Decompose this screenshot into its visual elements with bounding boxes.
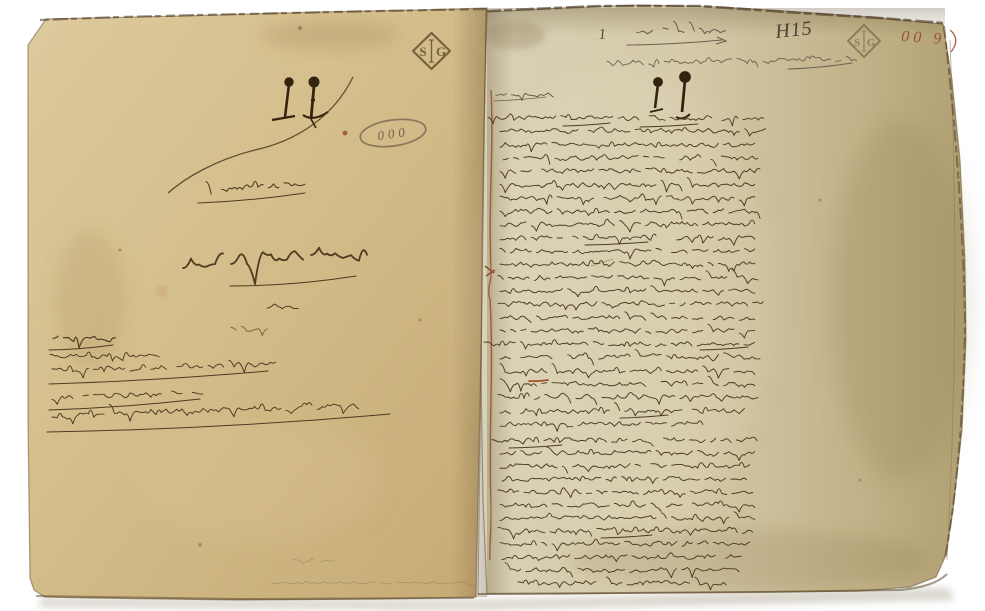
- stamp-right-letter-s: S: [854, 37, 860, 49]
- speck: [198, 543, 202, 547]
- stamp-left-letter-g: G: [436, 44, 446, 59]
- red-inventory-number: 00 9: [901, 28, 946, 48]
- pencil-code: H15: [773, 17, 814, 43]
- light-patch: [470, 70, 770, 530]
- light-patch: [140, 420, 380, 540]
- speck: [119, 249, 122, 252]
- bottom-shading: [570, 530, 930, 590]
- manuscript-canvas: 000 S G S G 1 H15 00 9: [0, 0, 985, 611]
- stamp-left-letter-s: S: [419, 44, 426, 59]
- speck: [419, 319, 422, 322]
- speck: [859, 479, 862, 482]
- red-number-flourish: [950, 30, 956, 52]
- speck: [819, 199, 822, 202]
- stain: [54, 230, 126, 370]
- margin-darkening: [830, 120, 970, 480]
- stamp-right-letter-g: G: [867, 37, 876, 49]
- top-shading: [487, 8, 945, 36]
- page-number: 1: [598, 26, 607, 43]
- stain: [260, 21, 400, 49]
- right-page: [470, 5, 970, 595]
- manuscript-photo: 000 S G S G 1 H15 00 9: [0, 0, 985, 611]
- left-page: [28, 8, 487, 600]
- red-stain: [158, 287, 166, 295]
- red-dot: [343, 131, 348, 136]
- speck: [298, 26, 302, 30]
